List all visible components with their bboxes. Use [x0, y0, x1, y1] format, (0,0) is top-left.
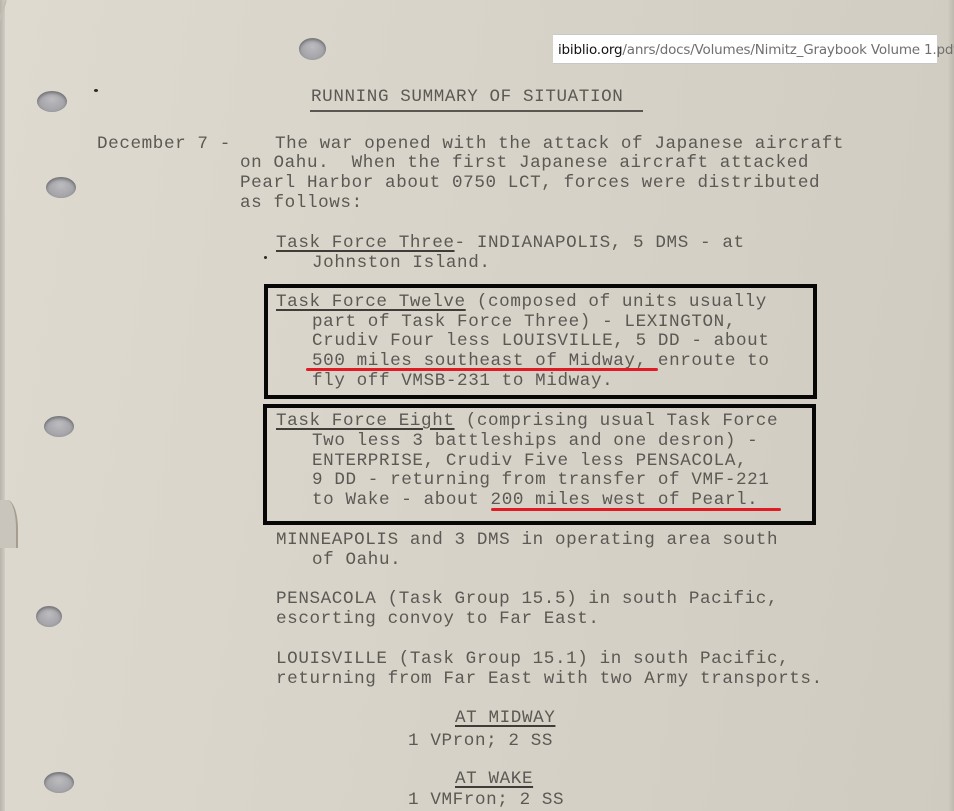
source-url-label: ibiblio.org/anrs/docs/Volumes/Nimitz_Gra… [553, 34, 937, 64]
red-underline-200-miles [491, 508, 781, 511]
paper-tear [0, 500, 18, 548]
louisville-line-2: returning from Far East with two Army tr… [276, 669, 823, 689]
tf-twelve-line-2: part of Task Force Three) - LEXINGTON, [312, 312, 736, 332]
intro-line-4: as follows: [240, 193, 363, 213]
scanned-document-page: ibiblio.org/anrs/docs/Volumes/Nimitz_Gra… [0, 0, 954, 811]
minneapolis-line-2: of Oahu. [312, 550, 401, 570]
tf-three-line-2: Johnston Island. [312, 253, 491, 273]
tf-eight-heading: Task Force Eight [276, 411, 455, 431]
highlight-200-miles: 200 miles west of Pearl. [491, 490, 759, 510]
ink-speck [94, 89, 98, 92]
url-host: ibiblio.org [558, 42, 622, 58]
url-path: /anrs/docs/Volumes/Nimitz_Graybook Volum… [622, 42, 954, 58]
punch-hole-icon [37, 91, 67, 112]
at-wake-heading: AT WAKE [455, 769, 533, 789]
tf-twelve-line-5: fly off VMSB-231 to Midway. [312, 371, 613, 391]
punch-hole-icon [46, 177, 76, 198]
pensacola-line-2: escorting convoy to Far East. [276, 609, 600, 629]
pensacola-line-1: PENSACOLA (Task Group 15.5) in south Pac… [276, 589, 778, 609]
tf-eight-line-1: Task Force Eight (comprising usual Task … [276, 411, 778, 431]
intro-line-1: The war opened with the attack of Japane… [275, 134, 844, 154]
punch-hole-icon [44, 772, 74, 793]
at-midway-detail: 1 VPron; 2 SS [408, 731, 553, 751]
punch-hole-icon [44, 416, 74, 437]
punch-hole-icon [36, 606, 62, 627]
intro-line-2: on Oahu. When the first Japanese aircraf… [240, 153, 809, 173]
page-right-edge [948, 0, 954, 811]
tf-twelve-line-3: Crudiv Four less LOUISVILLE, 5 DD - abou… [312, 331, 769, 351]
tf-twelve-line-1: Task Force Twelve (composed of units usu… [276, 292, 767, 312]
intro-line-3: Pearl Harbor about 0750 LCT, forces were… [240, 173, 820, 193]
page-left-edge [0, 0, 5, 811]
ink-speck [264, 256, 267, 259]
at-midway-heading: AT MIDWAY [455, 708, 555, 728]
title-double-underline [310, 110, 643, 112]
document-title: RUNNING SUMMARY OF SITUATION [311, 87, 623, 107]
tf-eight-line-2: Two less 3 battleships and one desron) - [312, 431, 758, 451]
tf-eight-line-3: ENTERPRISE, Crudiv Five less PENSACOLA, [312, 451, 747, 471]
at-wake-detail: 1 VMFron; 2 SS [408, 790, 564, 810]
tf-eight-line-4: 9 DD - returning from transfer of VMF-22… [312, 470, 769, 490]
louisville-line-1: LOUISVILLE (Task Group 15.1) in south Pa… [276, 649, 789, 669]
tf-twelve-heading: Task Force Twelve [276, 292, 466, 312]
date-label: December 7 - [97, 134, 231, 154]
minneapolis-line-1: MINNEAPOLIS and 3 DMS in operating area … [276, 530, 778, 550]
tf-three-line-1: Task Force Three- INDIANAPOLIS, 5 DMS - … [276, 233, 745, 253]
tf-three-heading: Task Force Three [276, 233, 455, 253]
punch-hole-icon [299, 38, 326, 60]
